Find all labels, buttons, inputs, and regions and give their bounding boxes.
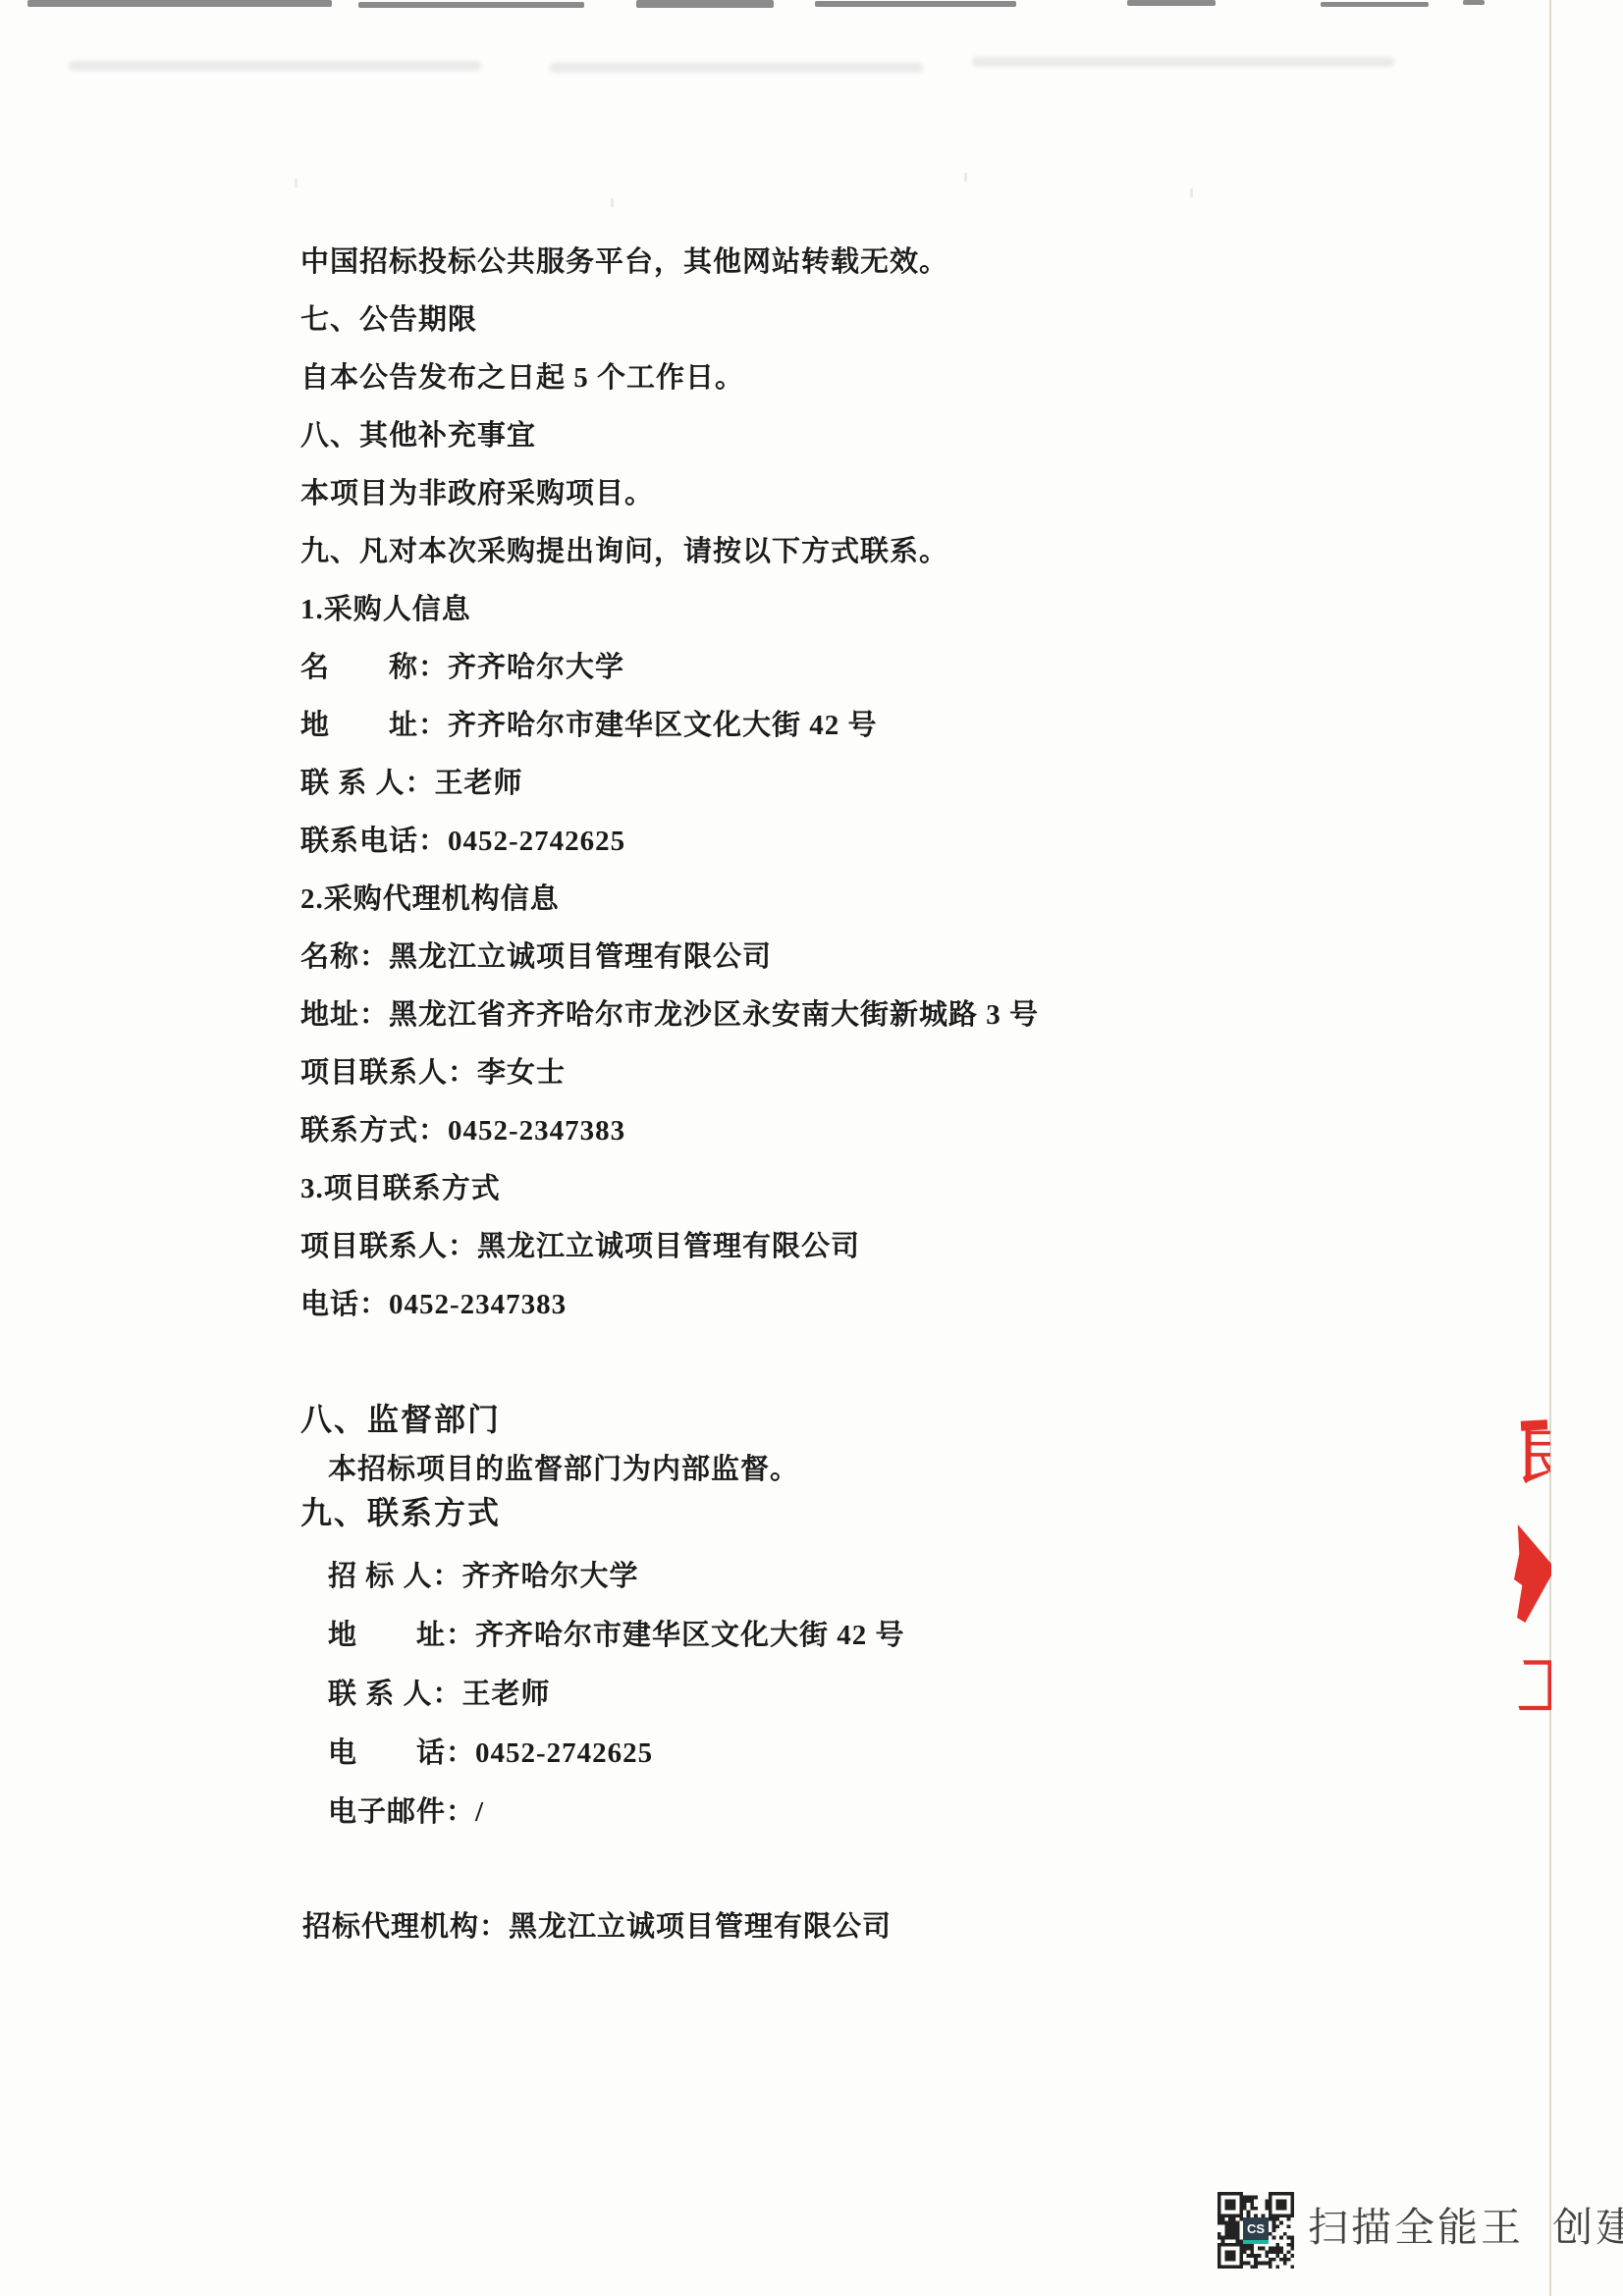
text-line: 九、凡对本次采购提出询问，请按以下方式联系。 — [300, 537, 1479, 567]
text-line: 中国招标投标公共服务平台，其他网站转载无效。 — [300, 247, 1479, 278]
camscanner-caption: 扫描全能王 创建 — [1308, 2206, 1623, 2249]
page-edge-line — [1549, 0, 1551, 2296]
scan-speck — [295, 179, 298, 187]
camscanner-logo-badge: CS — [1243, 2217, 1269, 2240]
text-line: 地 址：齐齐哈尔市建华区文化大街 42 号 — [300, 711, 1479, 741]
camscanner-logo-accent — [1243, 2240, 1269, 2244]
scan-artifact — [1463, 0, 1485, 5]
scan-artifact — [358, 2, 584, 8]
scan-speck — [964, 173, 967, 182]
stamp-fragment-star — [1514, 1524, 1551, 1623]
contact-line: 联 系 人：王老师 — [328, 1680, 1479, 1710]
text-line: 联 系 人：王老师 — [300, 769, 1479, 799]
text-line: 自本公告发布之日起 5 个工作日。 — [300, 363, 1479, 394]
scan-artifact — [1127, 0, 1216, 6]
contact-line: 电子邮件：/ — [328, 1797, 1479, 1828]
text-line: 名 称：齐齐哈尔大学 — [300, 653, 1479, 683]
contact-line: 地 址：齐齐哈尔市建华区文化大街 42 号 — [328, 1621, 1479, 1651]
text-line: 2.采购代理机构信息 — [300, 884, 1479, 915]
text-line: 本项目为非政府采购项目。 — [300, 479, 1479, 509]
announcement-body: 中国招标投标公共服务平台，其他网站转载无效。七、公告期限自本公告发布之日起 5 … — [300, 247, 1479, 1348]
text-line: 1.采购人信息 — [300, 595, 1479, 625]
scanned-document-page: 中国招标投标公共服务平台，其他网站转载无效。七、公告期限自本公告发布之日起 5 … — [0, 0, 1623, 2296]
text-line: 八、其他补充事宜 — [300, 421, 1479, 452]
contact-lines: 招 标 人：齐齐哈尔大学地 址：齐齐哈尔市建华区文化大街 42 号联 系 人：王… — [328, 1562, 1479, 1828]
section-supervision-contact: 八、监督部门 本招标项目的监督部门为内部监督。 九、联系方式 招 标 人：齐齐哈… — [300, 1402, 1479, 1856]
stamp-fragment-character-bottom: 工 — [1517, 1651, 1551, 1724]
scan-bleedthrough — [972, 57, 1394, 67]
text-line: 电话：0452-2347383 — [300, 1290, 1479, 1320]
text-line: 联系方式：0452-2347383 — [300, 1116, 1479, 1147]
text-line: 项目联系人：李女士 — [300, 1058, 1479, 1089]
scan-artifact — [1321, 2, 1429, 7]
scan-bleedthrough — [69, 61, 481, 71]
agency-line: 招标代理机构：黑龙江立诚项目管理有限公司 — [302, 1912, 892, 1943]
text-line: 3.项目联系方式 — [300, 1174, 1479, 1204]
contact-heading: 九、联系方式 — [300, 1495, 1479, 1530]
text-line: 地址：黑龙江省齐齐哈尔市龙沙区永安南大街新城路 3 号 — [300, 1000, 1479, 1031]
scan-speck — [611, 198, 614, 207]
scan-artifact — [27, 0, 332, 7]
text-line: 七、公告期限 — [300, 305, 1479, 336]
text-line: 名称：黑龙江立诚项目管理有限公司 — [300, 942, 1479, 973]
text-line: 项目联系人：黑龙江立诚项目管理有限公司 — [300, 1232, 1479, 1262]
supervision-text: 本招标项目的监督部门为内部监督。 — [328, 1455, 1479, 1485]
scan-bleedthrough — [550, 63, 923, 73]
scan-speck — [1190, 188, 1193, 197]
scan-artifact — [636, 0, 774, 8]
stamp-fragment-character-top: 艮 — [1514, 1426, 1550, 1489]
contact-line: 电 话：0452-2742625 — [328, 1738, 1479, 1769]
text-line: 联系电话：0452-2742625 — [300, 827, 1479, 857]
supervision-heading: 八、监督部门 — [300, 1402, 1479, 1437]
scan-artifact — [815, 1, 1016, 7]
contact-line: 招 标 人：齐齐哈尔大学 — [328, 1562, 1479, 1592]
